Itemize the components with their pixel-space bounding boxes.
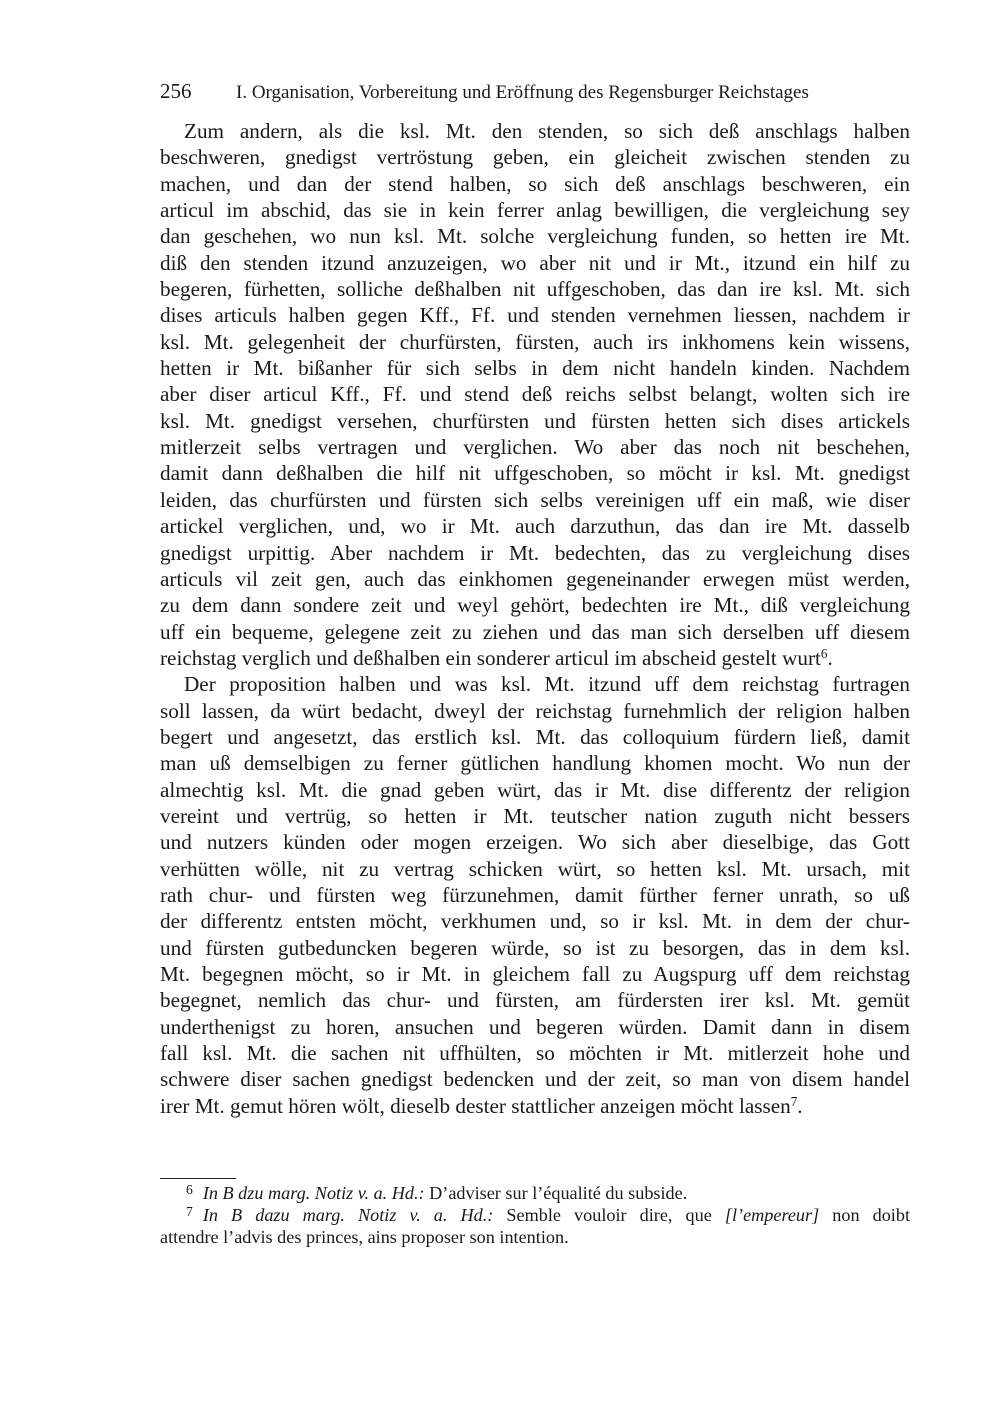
text-line: gnedigst urpittig. Aber nachdem ir Mt. b… (160, 540, 910, 566)
footnote-number: 6 (186, 1182, 193, 1197)
text-line: articuls vil zeit gen, auch das einkhome… (160, 566, 910, 592)
text-line: begeren, fürhetten, solliche deßhalben n… (160, 276, 910, 302)
text-line: leiden, das churfürsten und fürsten sich… (160, 487, 910, 513)
running-title: I. Organisation, Vorbereitung und Eröffn… (236, 82, 809, 103)
main-text: Zum andern, als die ksl. Mt. den stenden… (160, 118, 910, 1119)
footnote-line: 6In B dzu marg. Notiz v. a. Hd.: D’advis… (160, 1182, 910, 1204)
footnote-italic-intro: In B dazu marg. Notiz v. a. Hd.: (203, 1205, 494, 1225)
footnote-editorial-insert: [l’empereur] (725, 1205, 819, 1225)
text-line: underthenigst zu horen, ansuchen und beg… (160, 1014, 910, 1040)
text-line: beschweren, gnedigst vertröstung geben, … (160, 144, 910, 170)
text-line: und fürsten gutbeduncken begeren würde, … (160, 935, 910, 961)
punctuation: . (797, 1094, 802, 1118)
text-line: begegnet, nemlich das chur- und fürsten,… (160, 987, 910, 1013)
text-line: almechtig ksl. Mt. die gnad geben würt, … (160, 777, 910, 803)
text-line: fall ksl. Mt. die sachen nit uffhülten, … (160, 1040, 910, 1066)
footnote-7: 7In B dazu marg. Notiz v. a. Hd.: Semble… (160, 1204, 910, 1248)
footnote-number: 7 (186, 1204, 193, 1219)
text-line: uff ein bequeme, gelegene zeit zu ziehen… (160, 619, 910, 645)
text-line: reichstag verglich und deßhalben ein son… (160, 645, 910, 671)
text-line: vereint und vertrüg, so hetten ir Mt. te… (160, 803, 910, 829)
text-line: verhütten wölle, nit zu vertrag schicken… (160, 856, 910, 882)
text-line: machen, und dan der stend halben, so sic… (160, 171, 910, 197)
footnote-text: Semble vouloir dire, que (493, 1205, 725, 1225)
footnotes: 6In B dzu marg. Notiz v. a. Hd.: D’advis… (160, 1182, 910, 1248)
text-line: mitlerzeit selbs vertragen und vergliche… (160, 434, 910, 460)
text-line: irer Mt. gemut hören wölt, dieselb deste… (160, 1093, 910, 1119)
paragraph-1: Zum andern, als die ksl. Mt. den stenden… (160, 118, 910, 671)
text-line: und nutzers künden oder mogen erzeigen. … (160, 829, 910, 855)
text-line: diß den stenden itzund anzuzeigen, wo ab… (160, 250, 910, 276)
footnote-text: non doibt (819, 1205, 910, 1225)
footnote-line: attendre l’advis des princes, ains propo… (160, 1226, 910, 1248)
text-line: ksl. Mt. gelegenheit der churfürsten, fü… (160, 329, 910, 355)
footnote-divider (160, 1178, 236, 1179)
footnote-line: 7In B dazu marg. Notiz v. a. Hd.: Semble… (160, 1204, 910, 1226)
text-line: damit dann deßhalben die hilf nit uffges… (160, 460, 910, 486)
text-line: man uß demselbigen zu ferner gütlichen h… (160, 750, 910, 776)
text-line: Zum andern, als die ksl. Mt. den stenden… (160, 118, 910, 144)
text-line: artickel verglichen, und, wo ir Mt. auch… (160, 513, 910, 539)
text-line-content: reichstag verglich und deßhalben ein son… (160, 646, 821, 670)
text-line: hetten ir Mt. bißanher für sich selbs in… (160, 355, 910, 381)
page-number: 256 (160, 78, 236, 104)
text-line: begert und angesetzt, das erstlich ksl. … (160, 724, 910, 750)
footnote-6: 6In B dzu marg. Notiz v. a. Hd.: D’advis… (160, 1182, 910, 1204)
text-line: Mt. begegnen möcht, so ir Mt. in gleiche… (160, 961, 910, 987)
paragraph-2: Der proposition halben und was ksl. Mt. … (160, 671, 910, 1119)
text-line: soll lassen, da würt bedacht, dweyl der … (160, 698, 910, 724)
running-header: 256I. Organisation, Vorbereitung und Erö… (160, 78, 910, 106)
text-line: articul im abschid, das sie in kein ferr… (160, 197, 910, 223)
text-line: der differentz entsten möcht, verkhumen … (160, 908, 910, 934)
text-line: rath chur- und fürsten weg fürzunehmen, … (160, 882, 910, 908)
text-line-content: irer Mt. gemut hören wölt, dieselb deste… (160, 1094, 791, 1118)
footnote-italic-intro: In B dzu marg. Notiz v. a. Hd.: (203, 1183, 425, 1203)
text-line: dan geschehen, wo nun ksl. Mt. solche ve… (160, 223, 910, 249)
punctuation: . (827, 646, 832, 670)
text-line: dises articuls halben gegen Kff., Ff. un… (160, 302, 910, 328)
text-line: zu dem dann sondere zeit und weyl gehört… (160, 592, 910, 618)
text-line: aber diser articul Kff., Ff. und stend d… (160, 381, 910, 407)
text-line: schwere diser sachen gnedigst bedencken … (160, 1066, 910, 1092)
text-line: ksl. Mt. gnedigst versehen, churfürsten … (160, 408, 910, 434)
footnote-text: D’adviser sur l’équalité du subside. (425, 1183, 688, 1203)
text-line: Der proposition halben und was ksl. Mt. … (160, 671, 910, 697)
